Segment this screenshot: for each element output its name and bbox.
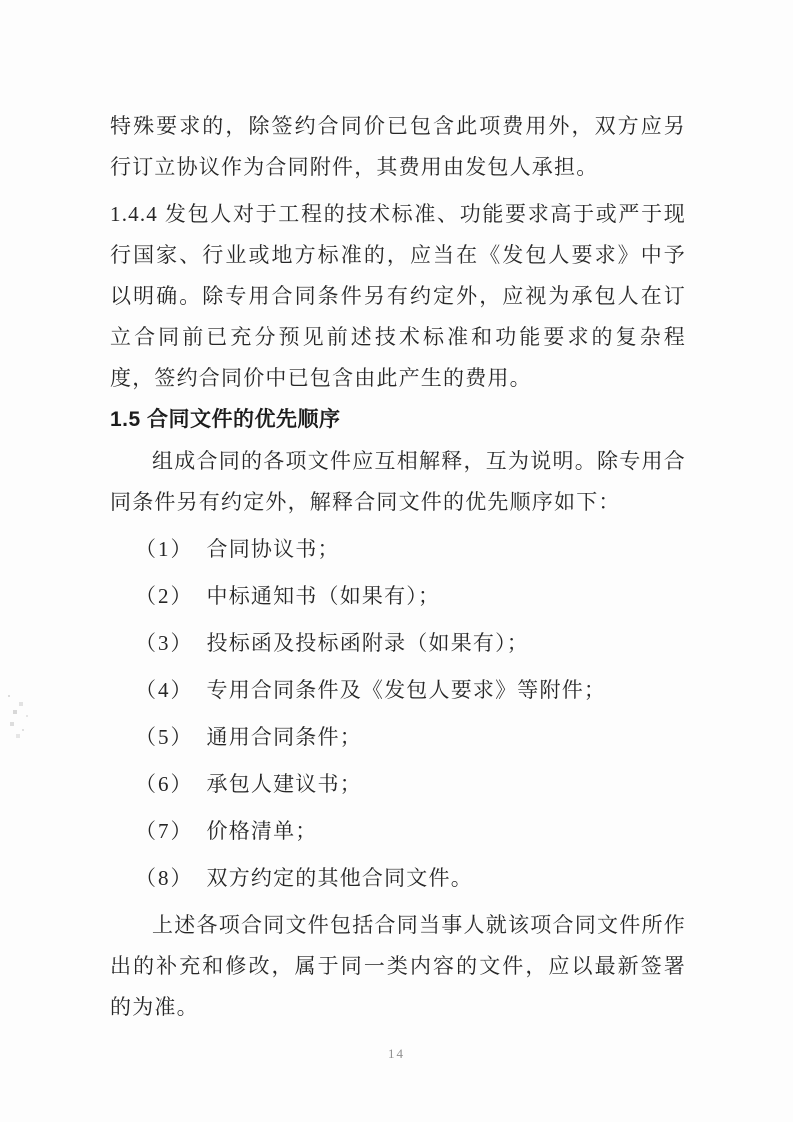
document-page: 特殊要求的，除签约合同价已包含此项费用外，双方应另行订立协议作为合同附件，其费用… <box>0 0 793 1122</box>
paragraph-clause-1-4-4: 1.4.4 发包人对于工程的技术标准、功能要求高于或严于现行国家、行业或地方标准… <box>110 194 686 399</box>
list-item-text: 承包人建议书； <box>207 772 362 796</box>
list-item-number: （2） <box>135 584 194 608</box>
list-item-6: （6）承包人建议书； <box>135 764 686 805</box>
list-item-3: （3）投标函及投标函附录（如果有）； <box>135 623 686 664</box>
scan-noise-speckles <box>8 695 10 697</box>
list-item-number: （7） <box>135 819 194 843</box>
list-item-8: （8）双方约定的其他合同文件。 <box>135 858 686 899</box>
list-item-number: （6） <box>135 772 194 796</box>
list-item-2: （2）中标通知书（如果有）； <box>135 576 686 617</box>
list-item-text: 价格清单； <box>207 819 318 843</box>
list-item-number: （4） <box>135 678 194 702</box>
list-item-text: 合同协议书； <box>207 537 340 561</box>
paragraph-1-5-intro: 组成合同的各项文件应互相解释，互为说明。除专用合同条件另有约定外，解释合同文件的… <box>110 441 686 523</box>
list-item-1: （1）合同协议书； <box>135 529 686 570</box>
list-item-4: （4）专用合同条件及《发包人要求》等附件； <box>135 670 686 711</box>
list-item-number: （3） <box>135 631 194 655</box>
list-item-text: 中标通知书（如果有）； <box>207 584 441 608</box>
paragraph-fee-continuation: 特殊要求的，除签约合同价已包含此项费用外，双方应另行订立协议作为合同附件，其费用… <box>110 106 686 188</box>
section-heading-1-5: 1.5 合同文件的优先顺序 <box>110 405 686 435</box>
list-item-number: （8） <box>135 866 194 890</box>
list-item-text: 投标函及投标函附录（如果有）； <box>207 631 530 655</box>
list-item-text: 通用合同条件； <box>207 725 362 749</box>
page-number: 14 <box>0 1046 793 1062</box>
page-content: 特殊要求的，除签约合同价已包含此项费用外，双方应另行订立协议作为合同附件，其费用… <box>110 106 686 1034</box>
list-item-5: （5）通用合同条件； <box>135 717 686 758</box>
paragraph-precedence-note: 上述各项合同文件包括合同当事人就该项合同文件所作出的补充和修改，属于同一类内容的… <box>110 905 686 1028</box>
list-item-text: 双方约定的其他合同文件。 <box>207 866 473 890</box>
list-item-7: （7）价格清单； <box>135 811 686 852</box>
priority-list: （1）合同协议书； （2）中标通知书（如果有）； （3）投标函及投标函附录（如果… <box>110 529 686 899</box>
list-item-text: 专用合同条件及《发包人要求》等附件； <box>207 678 607 702</box>
list-item-number: （1） <box>135 537 194 561</box>
list-item-number: （5） <box>135 725 194 749</box>
